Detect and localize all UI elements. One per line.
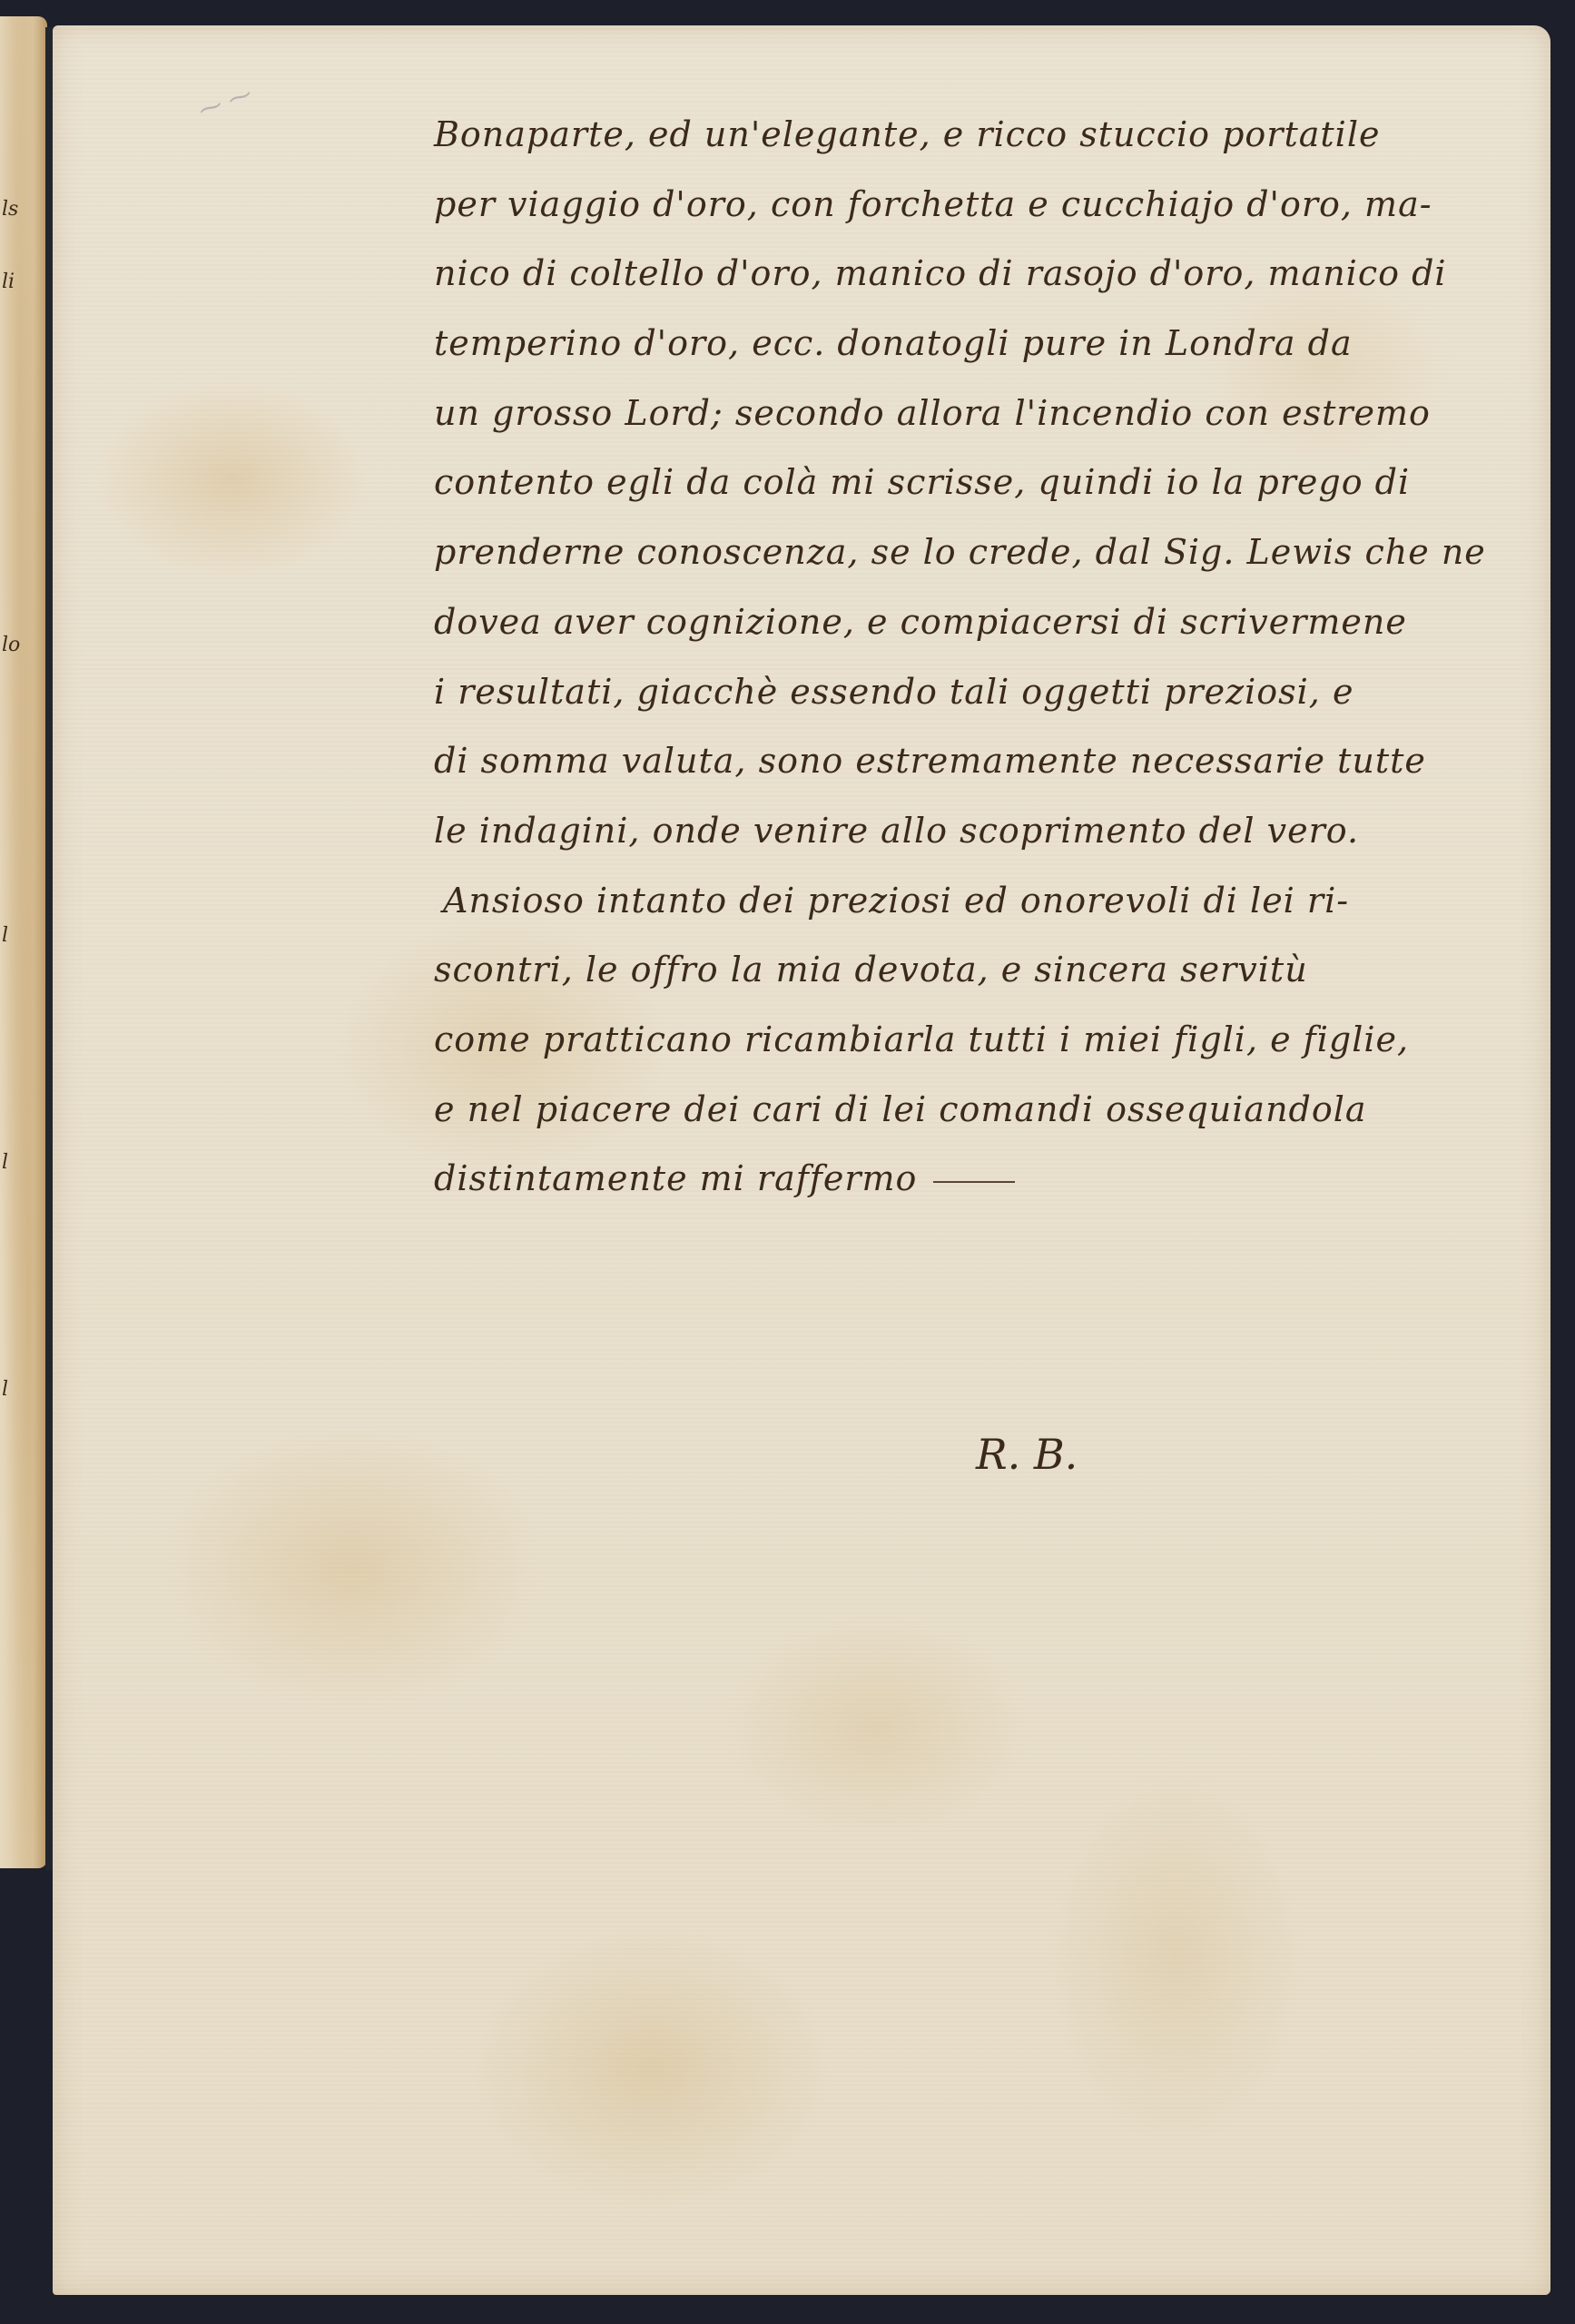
- signature-initials: R. B.: [976, 1430, 1078, 1479]
- letter-line: le indagini, onde venire allo scopriment…: [434, 796, 1523, 866]
- adjacent-page-fragment: lo: [2, 634, 20, 656]
- closing-flourish: [933, 1181, 1015, 1183]
- closing-line: distintamente mi raffermo: [434, 1144, 1523, 1214]
- adjacent-page-fragment: li: [2, 271, 15, 293]
- adjacent-page-edge: ls li lo l l l: [0, 16, 47, 1868]
- letter-line: contento egli da colà mi scrisse, quindi…: [434, 448, 1523, 517]
- adjacent-page-fragment: ls: [2, 198, 18, 221]
- letter-line: Ansioso intanto dei preziosi ed onorevol…: [434, 866, 1523, 936]
- letter-line: Bonaparte, ed un'elegante, e ricco stucc…: [434, 100, 1523, 170]
- letter-line: scontri, le offro la mia devota, e since…: [434, 935, 1523, 1005]
- letter-line: temperino d'oro, ecc. donatogli pure in …: [434, 309, 1523, 379]
- letter-line: i resultati, giacchè essendo tali oggett…: [434, 657, 1523, 727]
- closing-text: distintamente mi raffermo: [434, 1158, 917, 1198]
- pencil-marks: ⁓ ⁓: [195, 81, 256, 125]
- adjacent-page-fragment: l: [2, 1378, 8, 1401]
- binding-gutter: [45, 27, 53, 1870]
- letter-line: nico di coltello d'oro, manico di rasojo…: [434, 239, 1523, 309]
- letter-body: Bonaparte, ed un'elegante, e ricco stucc…: [434, 100, 1523, 1214]
- adjacent-page-fragment: l: [2, 924, 8, 947]
- letter-line: prenderne conoscenza, se lo crede, dal S…: [434, 517, 1523, 587]
- adjacent-page-fragment: l: [2, 1151, 8, 1174]
- letter-line: un grosso Lord; secondo allora l'incendi…: [434, 379, 1523, 448]
- letter-line: per viaggio d'oro, con forchetta e cucch…: [434, 170, 1523, 240]
- letter-line: come pratticano ricambiarla tutti i miei…: [434, 1005, 1523, 1075]
- letter-line: e nel piacere dei cari di lei comandi os…: [434, 1075, 1523, 1145]
- letter-line: dovea aver cognizione, e compiacersi di …: [434, 587, 1523, 657]
- letter-line: di somma valuta, sono estremamente neces…: [434, 726, 1523, 796]
